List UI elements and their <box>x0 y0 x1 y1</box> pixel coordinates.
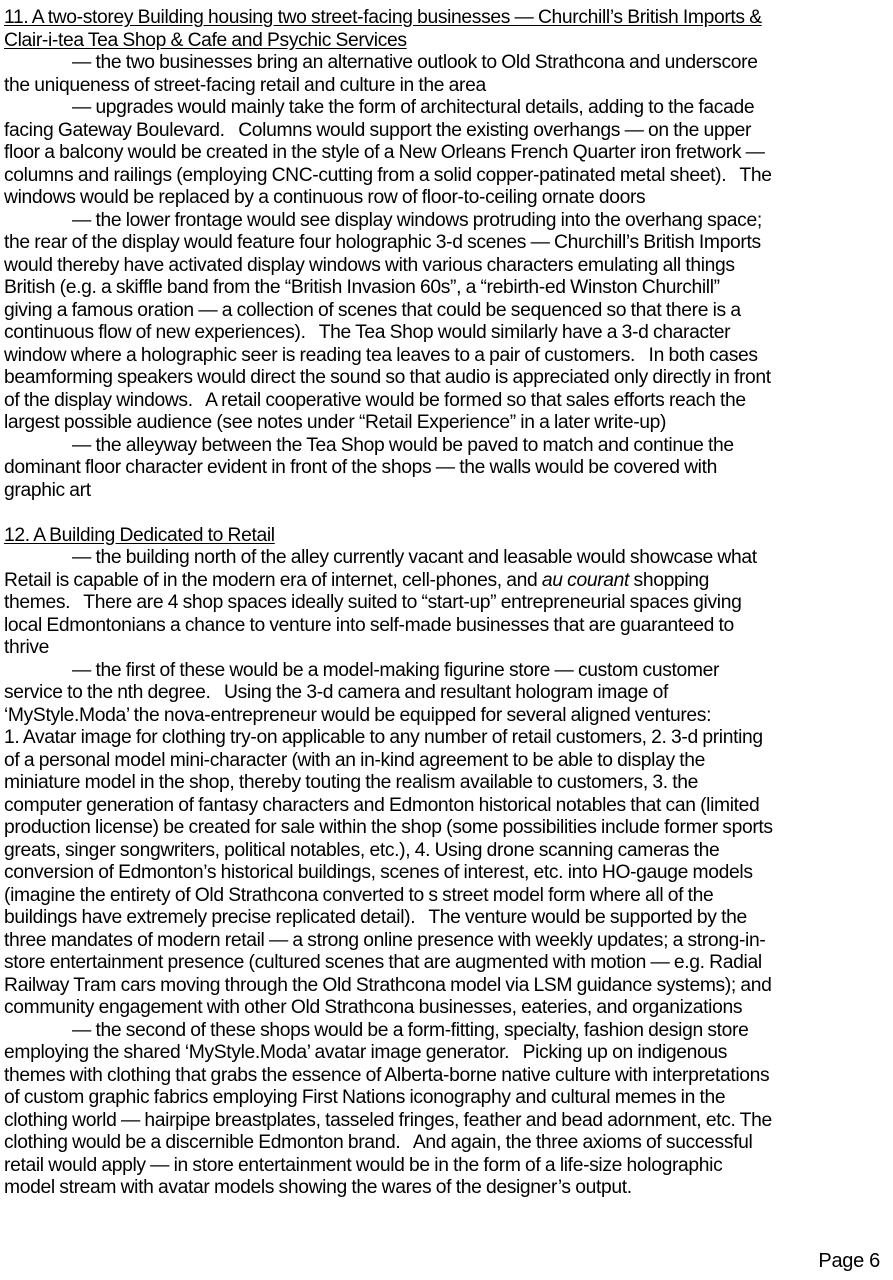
text-line: (imagine the entirety of Old Strathcona … <box>4 885 893 908</box>
text-line: retail would apply — in store entertainm… <box>4 1155 893 1178</box>
section-12: 12. A Building Dedicated to Retail — the… <box>4 525 893 1200</box>
text-line: service to the nth degree. Using the 3-d… <box>4 682 893 705</box>
text-line: — the first of these would be a model-ma… <box>4 660 893 683</box>
text-line: window where a holographic seer is readi… <box>4 345 893 368</box>
text-line: largest possible audience (see notes und… <box>4 412 893 435</box>
text-line: community engagement with other Old Stra… <box>4 997 893 1020</box>
section-12-paragraph-2: — the first of these would be a model-ma… <box>4 660 893 1020</box>
text-line: continuous flow of new experiences). The… <box>4 322 893 345</box>
text-line: themes. There are 4 shop spaces ideally … <box>4 592 893 615</box>
text-line: store entertainment presence (cultured s… <box>4 952 893 975</box>
text-line: miniature model in the shop, thereby tou… <box>4 772 893 795</box>
italic-phrase: au courant <box>542 570 629 591</box>
text-line: — the building north of the alley curren… <box>4 547 893 570</box>
section-11-paragraph-3: — the lower frontage would see display w… <box>4 210 893 435</box>
text-run: Retail is capable of in the modern era o… <box>4 570 542 591</box>
text-line: would thereby have activated display win… <box>4 255 893 278</box>
text-line: three mandates of modern retail — a stro… <box>4 930 893 953</box>
text-line: production license) be created for sale … <box>4 817 893 840</box>
text-line: themes with clothing that grabs the esse… <box>4 1065 893 1088</box>
section-11-heading-line-2: Clair-i-tea Tea Shop & Cafe and Psychic … <box>4 30 893 53</box>
section-11-paragraph-2: — upgrades would mainly take the form of… <box>4 97 893 210</box>
section-12-paragraph-1: — the building north of the alley curren… <box>4 547 893 660</box>
section-11: 11. A two-storey Building housing two st… <box>4 7 893 502</box>
text-line: British (e.g. a skiffle band from the “B… <box>4 277 893 300</box>
text-line: graphic art <box>4 480 893 503</box>
text-line: clothing world — hairpipe breastplates, … <box>4 1110 893 1133</box>
section-12-heading: 12. A Building Dedicated to Retail <box>4 525 893 548</box>
section-12-paragraph-3: — the second of these shops would be a f… <box>4 1020 893 1200</box>
text-line: — the second of these shops would be a f… <box>4 1020 893 1043</box>
text-line: dominant floor character evident in fron… <box>4 457 893 480</box>
text-line: of custom graphic fabrics employing Firs… <box>4 1087 893 1110</box>
text-line: — the lower frontage would see display w… <box>4 210 893 233</box>
text-line: computer generation of fantasy character… <box>4 795 893 818</box>
text-line: model stream with avatar models showing … <box>4 1177 893 1200</box>
text-line: giving a famous oration — a collection o… <box>4 300 893 323</box>
text-run: shopping <box>629 570 709 591</box>
text-line: of a personal model mini-character (with… <box>4 750 893 773</box>
text-line: the uniqueness of street-facing retail a… <box>4 75 893 98</box>
text-line: facing Gateway Boulevard. Columns would … <box>4 120 893 143</box>
text-line: clothing would be a discernible Edmonton… <box>4 1132 893 1155</box>
paragraph-spacer <box>4 502 893 525</box>
text-line: of the display windows. A retail coopera… <box>4 390 893 413</box>
text-line: Railway Tram cars moving through the Old… <box>4 975 893 998</box>
text-line: floor a balcony would be created in the … <box>4 142 893 165</box>
text-line: 1. Avatar image for clothing try-on appl… <box>4 727 893 750</box>
text-line: conversion of Edmonton’s historical buil… <box>4 862 893 885</box>
section-11-heading-line-1: 11. A two-storey Building housing two st… <box>4 7 893 30</box>
text-line: Retail is capable of in the modern era o… <box>4 570 893 593</box>
text-line: windows would be replaced by a continuou… <box>4 187 893 210</box>
text-line: columns and railings (employing CNC-cutt… <box>4 165 893 188</box>
section-11-paragraph-1: — the two businesses bring an alternativ… <box>4 52 893 97</box>
text-line: local Edmontonians a chance to venture i… <box>4 615 893 638</box>
section-11-paragraph-4: — the alleyway between the Tea Shop woul… <box>4 435 893 503</box>
text-line: beamforming speakers would direct the so… <box>4 367 893 390</box>
text-line: greats, singer songwriters, political no… <box>4 840 893 863</box>
page-number: Page 6 <box>818 1249 880 1273</box>
text-line: thrive <box>4 637 893 660</box>
text-line: employing the shared ‘MyStyle.Moda’ avat… <box>4 1042 893 1065</box>
text-line: — the alleyway between the Tea Shop woul… <box>4 435 893 458</box>
text-line: the rear of the display would feature fo… <box>4 232 893 255</box>
text-line: ‘MyStyle.Moda’ the nova-entrepreneur wou… <box>4 705 893 728</box>
text-line: buildings have extremely precise replica… <box>4 907 893 930</box>
document-page: 11. A two-storey Building housing two st… <box>4 7 893 1200</box>
text-line: — the two businesses bring an alternativ… <box>4 52 893 75</box>
text-line: — upgrades would mainly take the form of… <box>4 97 893 120</box>
